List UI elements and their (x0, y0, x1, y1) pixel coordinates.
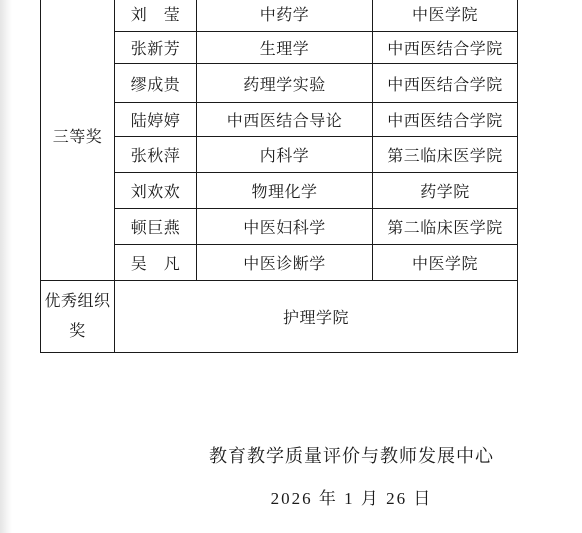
college-cell: 中西医结合学院 (373, 32, 518, 64)
college-cell: 第三临床医学院 (373, 137, 518, 173)
name-cell: 陆婷婷 (115, 103, 197, 137)
date-line: 2026 年 1 月 26 日 (200, 484, 503, 509)
course-cell: 生理学 (197, 32, 373, 64)
name-cell: 刘 莹 (115, 0, 197, 32)
award-cell-third-prize: 三等奖 (41, 0, 115, 281)
course-cell: 中医诊断学 (197, 245, 373, 281)
award-table: 三等奖 刘 莹 中药学 中医学院 张新芳 生理学 中西医结合学院 缪成贵 药理学… (40, 0, 518, 353)
college-cell: 中西医结合学院 (373, 64, 518, 103)
document-page: 三等奖 刘 莹 中药学 中医学院 张新芳 生理学 中西医结合学院 缪成贵 药理学… (0, 0, 582, 533)
table-row: 优秀组织奖 护理学院 (41, 281, 518, 353)
merged-college-cell: 护理学院 (115, 281, 518, 353)
course-cell: 物理化学 (197, 173, 373, 209)
name-cell: 刘欢欢 (115, 173, 197, 209)
college-cell: 中医学院 (373, 245, 518, 281)
page-edge-shadow (0, 0, 12, 533)
course-cell: 中药学 (197, 0, 373, 32)
name-cell: 吴 凡 (115, 245, 197, 281)
name-cell: 张秋萍 (115, 137, 197, 173)
signature-line: 教育教学质量评价与教师发展中心 (200, 442, 503, 468)
college-cell: 中西医结合学院 (373, 103, 518, 137)
course-cell: 内科学 (197, 137, 373, 173)
college-cell: 药学院 (373, 173, 518, 209)
college-cell: 第二临床医学院 (373, 209, 518, 245)
table-row: 三等奖 刘 莹 中药学 中医学院 (41, 0, 518, 32)
name-cell: 缪成贵 (115, 64, 197, 103)
name-cell: 张新芳 (115, 32, 197, 64)
course-cell: 中西医结合导论 (197, 103, 373, 137)
award-cell-excellent-organization: 优秀组织奖 (41, 281, 115, 353)
course-cell: 中医妇科学 (197, 209, 373, 245)
course-cell: 药理学实验 (197, 64, 373, 103)
name-cell: 顿巨燕 (115, 209, 197, 245)
college-cell: 中医学院 (373, 0, 518, 32)
